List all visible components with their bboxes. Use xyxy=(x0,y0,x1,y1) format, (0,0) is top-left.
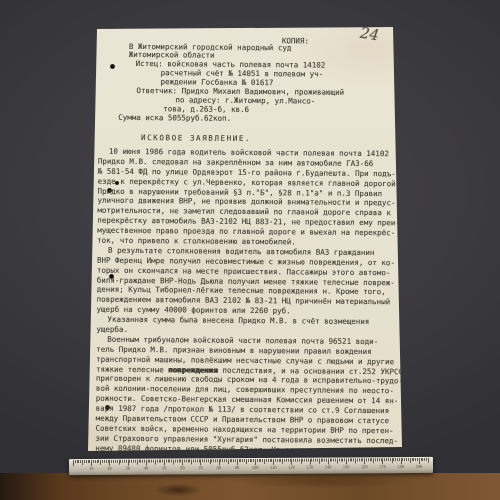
ruler-cm-label: 30 xyxy=(125,466,129,471)
ruler-cm-label: 190 xyxy=(415,464,422,469)
wooden-table-surface xyxy=(0,473,500,500)
ruler-cm-label: 60 xyxy=(180,465,184,470)
ruler-cm-label: 170 xyxy=(379,464,386,469)
measuring-ruler: 1020304050607080901001101201301401501601… xyxy=(69,457,433,475)
ruler-cm-label: 150 xyxy=(343,464,350,469)
ruler-cm-label: 10 xyxy=(89,466,93,471)
handwritten-page-number: 24 xyxy=(359,24,381,45)
ruler-cm-label: 110 xyxy=(270,465,277,470)
document-sheet: КОПИЯ: В Житомирский городской народный … xyxy=(0,0,500,500)
ruler-cm-label: 180 xyxy=(397,464,404,469)
plaintiff-block: Истец: войсковая часть полевая почта 141… xyxy=(135,60,325,88)
typewritten-content: КОПИЯ: В Житомирский городской народный … xyxy=(92,28,402,453)
photo-of-court-document: 1020304050607080901001101201301401501601… xyxy=(0,0,500,500)
statement-body: 10 июня 1986 года водитель войсковой час… xyxy=(95,147,398,456)
text-segment: тяжкие телесные xyxy=(96,364,168,374)
ruler-cm-label: 120 xyxy=(288,465,295,470)
defendant-block: Ответчик: Придко Михаил Вадимович, прожи… xyxy=(136,87,344,115)
paragraph: 10 июня 1986 года водитель войсковой час… xyxy=(97,147,398,249)
claim-amount-line: Сумма иска 5055руб.62коп. xyxy=(118,113,231,123)
ruler-cm-label: 50 xyxy=(162,466,166,471)
ruler-cm-label: 140 xyxy=(324,465,331,470)
ruler-cm-label: 80 xyxy=(216,465,220,470)
ruler-tick xyxy=(428,458,429,463)
ruler-cm-label: 160 xyxy=(361,464,368,469)
ruler-cm-label: 20 xyxy=(107,466,111,471)
ruler-cm-label: 100 xyxy=(252,465,259,470)
ruler-cm-label: 90 xyxy=(235,465,239,470)
paragraph: В результате столкновения водитель автом… xyxy=(96,246,397,318)
ruler-cm-label: 130 xyxy=(306,465,313,470)
document-title: ИСКОВОЕ ЗАЯВЛЕНИЕ. xyxy=(141,133,251,143)
text-segment: последствия, и на основании ст.252 УКРСФ… xyxy=(218,365,412,376)
paragraph: Военным трибуналом войсковой части полев… xyxy=(95,335,396,456)
paragraph: Указанная сумма была внесена Придко М.В.… xyxy=(96,315,396,337)
ruler-cm-label: 70 xyxy=(198,465,202,470)
body-line: нему 89480 форинтов или 5055руб.62коп. Н… xyxy=(95,443,395,456)
ruler-cm-label: 40 xyxy=(144,466,148,471)
text-segment: повреждения xyxy=(168,365,218,374)
